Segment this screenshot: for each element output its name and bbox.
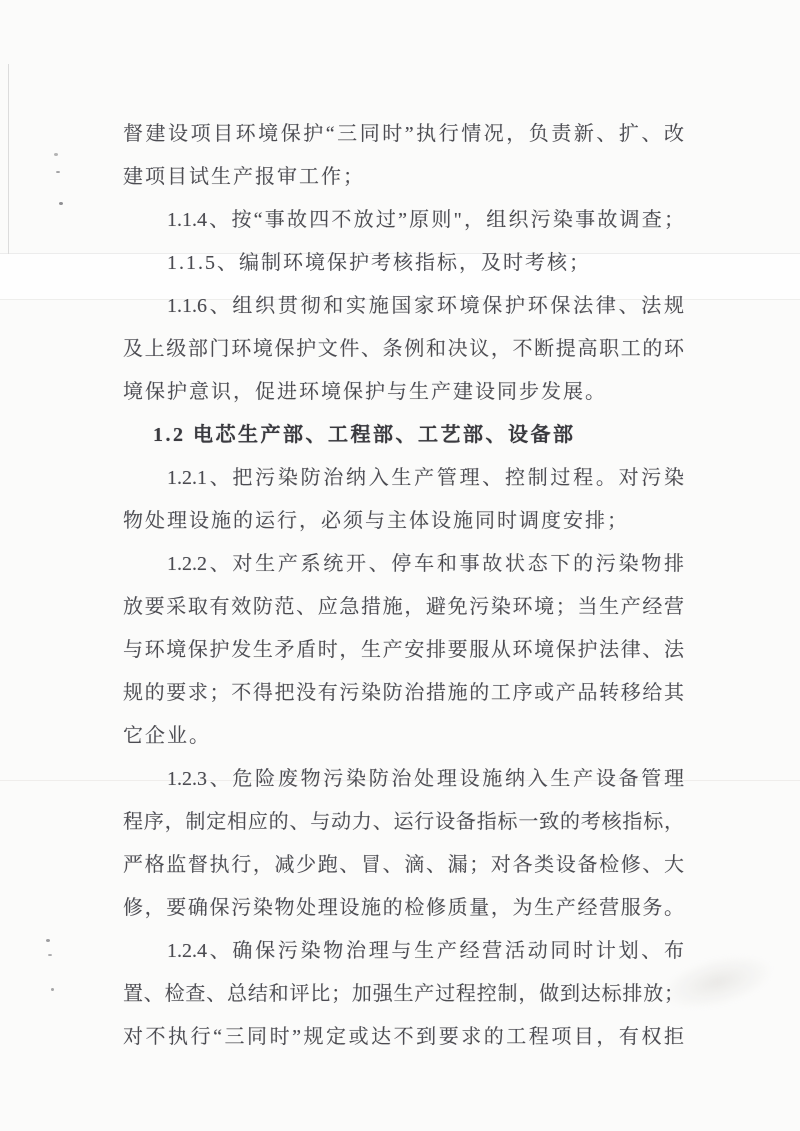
document-line: 1.1.6、组织贯彻和实施国家环境保护环保法律、法规	[123, 285, 684, 328]
document-line: 建项目试生产报审工作；	[123, 156, 684, 199]
document-line: 境保护意识，促进环境保护与生产建设同步发展。	[123, 371, 684, 414]
document-line: 置、检查、总结和评比；加强生产过程控制，做到达标排放；	[123, 973, 684, 1016]
document-line: 严格监督执行，减少跑、冒、滴、漏；对各类设备检修、大	[123, 844, 684, 887]
document-line: 与环境保护发生矛盾时，生产安排要服从环境保护法律、法	[123, 629, 684, 672]
document-line: 1.2.3、危险废物污染防治处理设施纳入生产设备管理	[123, 758, 684, 801]
scan-speck	[59, 202, 63, 205]
document-line: 放要采取有效防范、应急措施，避免污染环境；当生产经营	[123, 586, 684, 629]
document-line: 1.2.1、把污染防治纳入生产管理、控制过程。对污染	[123, 457, 684, 500]
document-line: 它企业。	[123, 715, 684, 758]
document-line: 1.2.2、对生产系统开、停车和事故状态下的污染物排	[123, 543, 684, 586]
document-line: 物处理设施的运行，必须与主体设施同时调度安排；	[123, 500, 684, 543]
document-line: 1.1.5、编制环境保护考核指标，及时考核；	[123, 242, 684, 285]
document-line: 对不执行“三同时”规定或达不到要求的工程项目，有权拒	[123, 1016, 684, 1059]
document-text-block: 督建设项目环境保护“三同时”执行情况，负责新、扩、改建项目试生产报审工作；1.1…	[123, 113, 684, 1059]
scan-speck	[54, 153, 58, 156]
document-line: 程序，制定相应的、与动力、运行设备指标一致的考核指标，	[123, 801, 684, 844]
scan-speck	[51, 988, 54, 991]
scan-speck	[56, 171, 60, 173]
document-line: 及上级部门环境保护文件、条例和决议，不断提高职工的环	[123, 328, 684, 371]
document-line: 规的要求；不得把没有污染防治措施的工序或产品转移给其	[123, 672, 684, 715]
document-line: 1.1.4、按“事故四不放过”原则"，组织污染事故调查；	[123, 199, 684, 242]
section-heading: 1.2 电芯生产部、工程部、工艺部、设备部	[123, 414, 684, 457]
document-line: 修，要确保污染物处理设施的检修质量，为生产经营服务。	[123, 887, 684, 930]
scan-vertical-line	[8, 64, 9, 254]
scanned-document-page: 督建设项目环境保护“三同时”执行情况，负责新、扩、改建项目试生产报审工作；1.1…	[0, 0, 800, 1131]
document-line: 督建设项目环境保护“三同时”执行情况，负责新、扩、改	[123, 113, 684, 156]
scan-speck	[48, 954, 52, 956]
document-line: 1.2.4、确保污染物治理与生产经营活动同时计划、布	[123, 930, 684, 973]
scan-speck	[46, 939, 50, 942]
